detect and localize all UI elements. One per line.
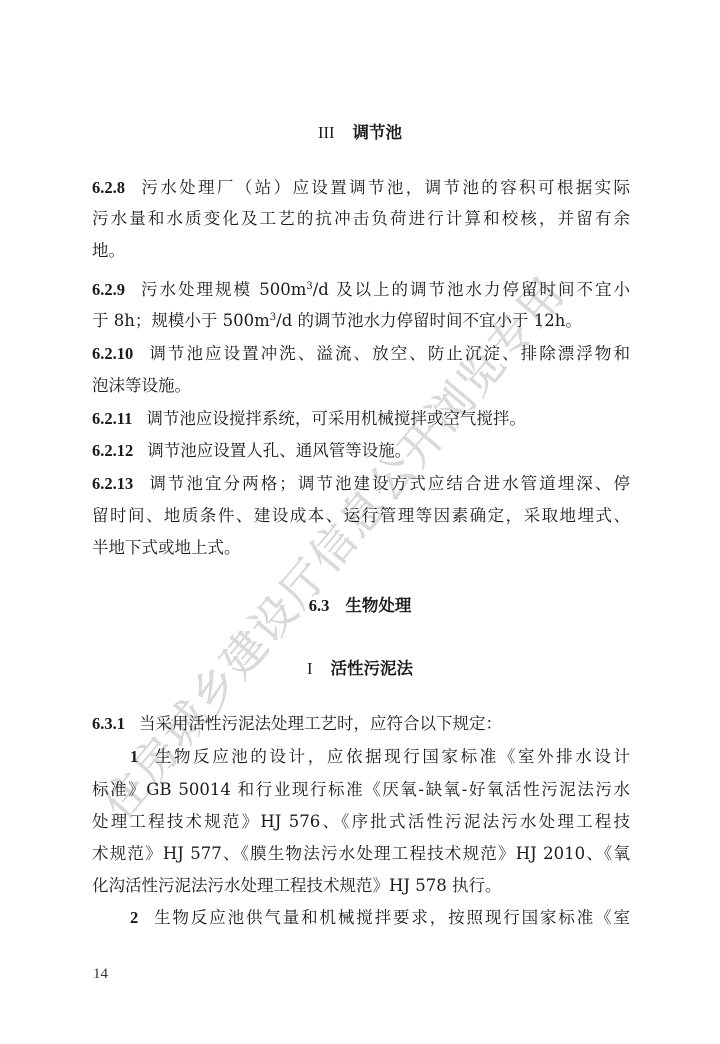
clause-6-2-13-line-1: 6.2.13调节池宜分两格；调节池建设方式应结合进水管道埋深、停 bbox=[92, 474, 630, 494]
clause-number: 6.2.12 bbox=[92, 441, 133, 460]
clause-6-2-8-line-1: 6.2.8污水处理厂（站）应设置调节池，调节池的容积可根据实际 bbox=[92, 178, 630, 198]
page-number: 14 bbox=[93, 966, 108, 983]
subsection-title: 活性污泥法 bbox=[331, 659, 414, 678]
subsection-heading-i: I活性污泥法 bbox=[0, 659, 720, 679]
clause-number: 6.2.11 bbox=[92, 409, 132, 428]
clause-text: 调节池宜分两格；调节池建设方式应结合进水管道埋深、停 bbox=[147, 474, 630, 493]
clause-text: /d 及以上的调节池水力停留时间不宜小 bbox=[313, 280, 630, 299]
section-title: 调节池 bbox=[352, 123, 402, 142]
document-page: 住房城乡建设厅信息公开浏览专用 III调节池 6.2.8污水处理厂（站）应设置调… bbox=[0, 0, 720, 1044]
clause-text: 半地下式或地上式。 bbox=[92, 538, 241, 557]
item-text: 生物反应池的设计，应依据现行国家标准《室外排水设计 bbox=[152, 747, 630, 766]
item-1-line-3: 处理工程技术规范》HJ 576、《序批式活性污泥法污水处理工程技 bbox=[92, 812, 630, 832]
clause-6-2-9-line-2: 于 8h；规模小于 500m3/d 的调节池水力停留时间不宜小于 12h。 bbox=[92, 311, 630, 331]
clause-text: 调节池应设置人孔、通风管等设施。 bbox=[147, 441, 411, 460]
clause-6-2-8-line-2: 污水量和水质变化及工艺的抗冲击负荷进行计算和校核，并留有余 bbox=[92, 209, 630, 229]
clause-text: 污水量和水质变化及工艺的抗冲击负荷进行计算和校核，并留有余 bbox=[92, 209, 630, 228]
clause-text: 于 8h；规模小于 500m bbox=[92, 311, 270, 330]
item-1-line-4: 术规范》HJ 577、《膜生物法污水处理工程技术规范》HJ 2010、《氧 bbox=[92, 844, 630, 864]
clause-text: /d 的调节池水力停留时间不宜小于 12h。 bbox=[276, 311, 582, 330]
clause-6-2-8-line-3: 地。 bbox=[92, 241, 630, 261]
clause-text: 当采用活性污泥法处理工艺时，应符合以下规定： bbox=[139, 714, 502, 733]
item-text: 生物反应池供气量和机械搅拌要求，按照现行国家标准《室 bbox=[152, 908, 630, 927]
item-2-line-1: 2生物反应池供气量和机械搅拌要求，按照现行国家标准《室 bbox=[130, 908, 630, 928]
clause-number: 6.2.8 bbox=[92, 178, 125, 197]
clause-number: 6.2.10 bbox=[92, 344, 133, 363]
clause-6-2-10-line-1: 6.2.10调节池应设置冲洗、溢流、放空、防止沉淀、排除漂浮物和 bbox=[92, 344, 630, 364]
item-1-line-1: 1生物反应池的设计，应依据现行国家标准《室外排水设计 bbox=[130, 747, 630, 767]
section-heading-6-3: 6.3生物处理 bbox=[0, 596, 720, 616]
clause-6-2-11-line-1: 6.2.11调节池应设搅拌系统，可采用机械搅拌或空气搅拌。 bbox=[92, 409, 630, 429]
clause-6-3-1-intro: 6.3.1当采用活性污泥法处理工艺时，应符合以下规定： bbox=[92, 714, 630, 734]
clause-text: 污水处理规模 500m bbox=[139, 280, 306, 299]
item-text: 标准》GB 50014 和行业现行标准《厌氧-缺氧-好氧活性污泥法污水 bbox=[92, 780, 630, 799]
subsection-roman: I bbox=[307, 659, 313, 678]
section-heading-iii: III调节池 bbox=[0, 123, 720, 143]
clause-6-2-13-line-2: 留时间、地质条件、建设成本、运行管理等因素确定，采取地埋式、 bbox=[92, 506, 630, 526]
section-number: 6.3 bbox=[309, 596, 330, 615]
clause-text: 泡沫等设施。 bbox=[92, 376, 191, 395]
clause-text: 调节池应设搅拌系统，可采用机械搅拌或空气搅拌。 bbox=[146, 409, 526, 428]
clause-6-2-13-line-3: 半地下式或地上式。 bbox=[92, 538, 630, 558]
clause-6-2-12-line-1: 6.2.12调节池应设置人孔、通风管等设施。 bbox=[92, 441, 630, 461]
clause-text: 污水处理厂（站）应设置调节池，调节池的容积可根据实际 bbox=[139, 178, 630, 197]
clause-number: 6.2.13 bbox=[92, 474, 133, 493]
section-title: 生物处理 bbox=[345, 596, 411, 615]
clause-6-2-9-line-1: 6.2.9污水处理规模 500m3/d 及以上的调节池水力停留时间不宜小 bbox=[92, 280, 630, 300]
clause-6-2-10-line-2: 泡沫等设施。 bbox=[92, 376, 630, 396]
clause-text: 调节池应设置冲洗、溢流、放空、防止沉淀、排除漂浮物和 bbox=[147, 344, 630, 363]
clause-text: 留时间、地质条件、建设成本、运行管理等因素确定，采取地埋式、 bbox=[92, 506, 630, 525]
item-1-line-2: 标准》GB 50014 和行业现行标准《厌氧-缺氧-好氧活性污泥法污水 bbox=[92, 780, 630, 800]
clause-number: 6.2.9 bbox=[92, 280, 125, 299]
item-number: 2 bbox=[130, 908, 138, 927]
item-1-line-5: 化沟活性污泥法污水处理工程技术规范》HJ 578 执行。 bbox=[92, 876, 630, 896]
item-number: 1 bbox=[130, 747, 138, 766]
item-text: 术规范》HJ 577、《膜生物法污水处理工程技术规范》HJ 2010、《氧 bbox=[92, 844, 630, 863]
item-text: 化沟活性污泥法污水处理工程技术规范》HJ 578 执行。 bbox=[92, 876, 502, 895]
item-text: 处理工程技术规范》HJ 576、《序批式活性污泥法污水处理工程技 bbox=[92, 812, 630, 831]
section-roman: III bbox=[318, 123, 334, 142]
clause-text: 地。 bbox=[92, 241, 125, 260]
clause-number: 6.3.1 bbox=[92, 714, 125, 733]
